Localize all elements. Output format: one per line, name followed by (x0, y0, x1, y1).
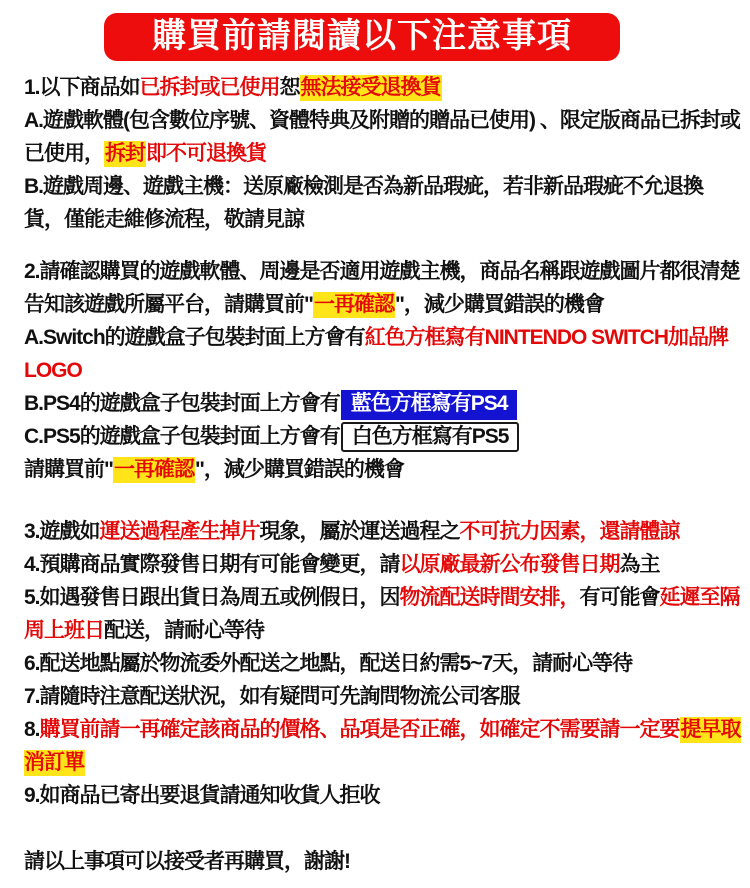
banner-title: 購買前請閱讀以下注意事項 (152, 17, 572, 55)
text-run: A.Switch的遊戲盒子包裝封面上方會有 (24, 326, 365, 349)
text-run: 配送，請耐心等待 (104, 619, 264, 642)
notice-paragraph-1: 1.以下商品如已拆封或已使用恕無法接受退換貨 (24, 71, 742, 104)
text-run: 4.預購商品實際發售日期有可能會變更，請 (24, 553, 400, 576)
text-run: B.PS4的遊戲盒子包裝封面上方會有 (24, 392, 340, 415)
ps4-blue-box: 藍色方框寫有PS4 (341, 390, 518, 420)
red-emphasis-text: 以原廠最新公布發售日期 (400, 553, 620, 576)
notice-paragraph-5: 5.如遇發售日跟出貨日為周五或例假日，因物流配送時間安排，有可能會延遲至隔周上班… (24, 581, 742, 647)
text-run: 現象，屬於運送過程之 (260, 520, 460, 543)
red-emphasis-text: 購買前請一再確定該商品的價格、品項是否正確，如確定不需要請一定要 (40, 718, 680, 741)
text-run: 5.如遇發售日跟出貨日為周五或例假日，因 (24, 586, 400, 609)
text-run: 3.遊戲如 (24, 520, 100, 543)
notice-paragraph-6: 6.配送地點屬於物流委外配送之地點，配送日約需5~7天，請耐心等待 (24, 647, 742, 680)
text-run: 為主 (620, 553, 660, 576)
text-run: C.PS5的遊戲盒子包裝封面上方會有 (24, 425, 340, 448)
red-emphasis-text: 不可抗力因素，還請體諒 (460, 520, 680, 543)
notice-paragraph-1a: A.遊戲軟體(包含數位序號、資體特典及附贈的贈品已使用) 、限定版商品已拆封或已… (24, 104, 742, 170)
highlighted-text-run: 一再確認 (113, 457, 195, 483)
text-run: 恕 (280, 76, 300, 99)
notice-page: 購買前請閱讀以下注意事項 1.以下商品如已拆封或已使用恕無法接受退換貨 A.遊戲… (0, 0, 750, 888)
text-run: "，減少購買錯誤的機會 (195, 458, 404, 481)
notice-paragraph-2c: C.PS5的遊戲盒子包裝封面上方會有白色方框寫有PS5 (24, 420, 742, 453)
notice-paragraph-2b: B.PS4的遊戲盒子包裝封面上方會有藍色方框寫有PS4 (24, 387, 742, 420)
text-run: 8. (24, 718, 40, 741)
text-run: 請以上事項可以接受者再購買，謝謝! (24, 850, 350, 873)
highlighted-text-run: 無法接受退換貨 (300, 75, 442, 101)
text-run: 1.以下商品如 (24, 76, 140, 99)
notice-paragraph-1b: B.遊戲周邊、遊戲主機：送原廠檢測是否為新品瑕疵，若非新品瑕疵不允退換貨，僅能走… (24, 170, 742, 236)
notice-paragraph-2: 2.請確認購買的遊戲軟體、周邊是否適用遊戲主機，商品名稱跟遊戲圖片都很清楚告知該… (24, 255, 742, 321)
notice-paragraph-4: 4.預購商品實際發售日期有可能會變更，請以原廠最新公布發售日期為主 (24, 548, 742, 581)
notice-closing-line: 請以上事項可以接受者再購買，謝謝! (24, 845, 742, 878)
text-run: B.遊戲周邊、遊戲主機：送原廠檢測是否為新品瑕疵，若非新品瑕疵不允退換貨，僅能走… (24, 175, 703, 231)
red-emphasis-text: 即不可退換貨 (146, 142, 266, 165)
notice-paragraph-3: 3.遊戲如運送過程產生掉片現象，屬於運送過程之不可抗力因素，還請體諒 (24, 515, 742, 548)
red-emphasis-text: 物流配送時間安排， (400, 586, 580, 609)
notice-paragraph-7: 7.請隨時注意配送狀況，如有疑問可先詢問物流公司客服 (24, 680, 742, 713)
notice-paragraph-2-confirm: 請購買前"一再確認"，減少購買錯誤的機會 (24, 453, 742, 486)
text-run: 7.請隨時注意配送狀況，如有疑問可先詢問物流公司客服 (24, 685, 520, 708)
text-run: 請購買前" (24, 458, 113, 481)
highlighted-text-run: 拆封 (104, 141, 146, 167)
text-run: 有可能會 (580, 586, 660, 609)
red-emphasis-text: 已拆封或已使用 (140, 76, 280, 99)
red-emphasis-text: 運送過程產生掉片 (100, 520, 260, 543)
text-run: 9.如商品已寄出要退貨請通知收貨人拒收 (24, 784, 380, 807)
notice-paragraph-2a: A.Switch的遊戲盒子包裝封面上方會有紅色方框寫有NINTENDO SWIT… (24, 321, 742, 387)
text-run: 6.配送地點屬於物流委外配送之地點，配送日約需5~7天，請耐心等待 (24, 652, 632, 675)
ps5-white-box: 白色方框寫有PS5 (341, 422, 520, 452)
highlighted-text-run: 一再確認 (313, 292, 395, 318)
notice-banner: 購買前請閱讀以下注意事項 (104, 13, 620, 61)
notice-paragraph-9: 9.如商品已寄出要退貨請通知收貨人拒收 (24, 779, 742, 812)
text-run: "，減少購買錯誤的機會 (395, 293, 604, 316)
notice-paragraph-8: 8.購買前請一再確定該商品的價格、品項是否正確，如確定不需要請一定要提早取消訂單 (24, 713, 742, 779)
